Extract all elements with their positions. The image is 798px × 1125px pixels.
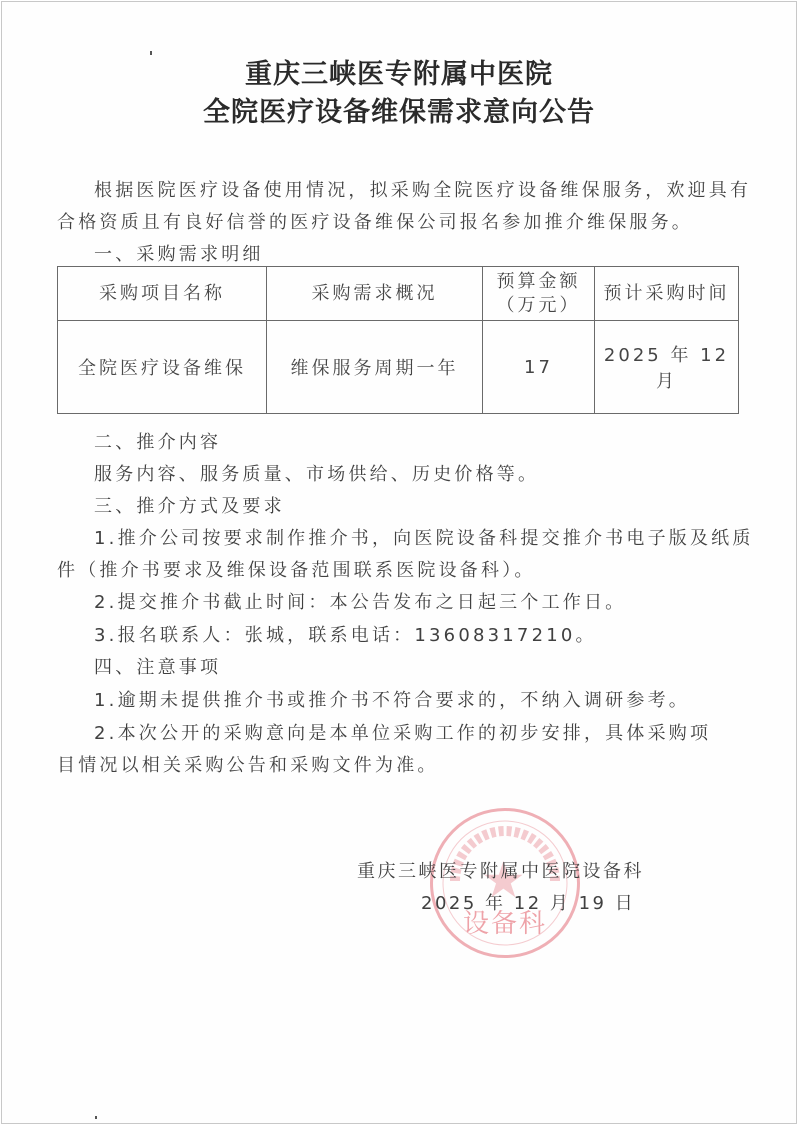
header-budget: 预算金额 （万元） [483,267,595,321]
section4-item-2: 2.本次公开的采购意向是本单位采购工作的初步安排，具体采购项 [94,719,711,745]
header-budget-label: 预算金额 [483,270,594,294]
section3-item-1: 1.推介公司按要求制作推介书，向医院设备科提交推介书电子版及纸质 [94,524,754,550]
procurement-table: 采购项目名称 采购需求概况 预算金额 （万元） 预计采购时间 全院医疗设备维保 … [57,266,739,414]
section4-item-2-cont: 目情况以相关采购公告和采购文件为准。 [57,751,439,777]
cell-budget: 17 [483,321,595,414]
section4-item-1: 1.逾期未提供推介书或推介书不符合要求的，不纳入调研参考。 [94,686,690,712]
official-seal: ★ 设备科 [430,808,580,958]
section2-body: 服务内容、服务质量、市场供给、历史价格等。 [94,460,539,486]
intro-line-1: 根据医院医疗设备使用情况，拟采购全院医疗设备维保服务，欢迎具有 [94,176,751,202]
table-header-row: 采购项目名称 采购需求概况 预算金额 （万元） 预计采购时间 [58,267,739,321]
title-hospital: 重庆三峡医专附属中医院 [0,52,798,91]
section2-heading: 二、推介内容 [94,428,221,454]
scan-speck [95,1116,97,1119]
title-notice: 全院医疗设备维保需求意向公告 [0,90,798,129]
signature-department: 重庆三峡医专附属中医院设备科 [357,857,644,883]
cell-project-name: 全院医疗设备维保 [58,321,267,414]
signature-date: 2025 年 12 月 19 日 [421,889,635,915]
section3-item-1-cont: 件（推介书要求及维保设备范围联系医院设备科）。 [57,556,536,582]
header-project-name: 采购项目名称 [58,267,267,321]
header-budget-unit: （万元） [483,294,594,318]
section3-item-2: 2.提交推介书截止时间：本公告发布之日起三个工作日。 [94,588,626,614]
header-planned-time: 预计采购时间 [595,267,739,321]
section3-heading: 三、推介方式及要求 [94,492,285,518]
header-overview: 采购需求概况 [267,267,483,321]
table-row: 全院医疗设备维保 维保服务周期一年 17 2025 年 12 月 [58,321,739,414]
section3-item-3: 3.报名联系人：张城，联系电话：13608317210。 [94,621,597,647]
section4-heading: 四、注意事项 [94,653,221,679]
cell-overview: 维保服务周期一年 [267,321,483,414]
cell-planned-time: 2025 年 12 月 [595,321,739,414]
section1-heading: 一、采购需求明细 [94,240,264,266]
intro-line-2: 合格资质且有良好信誉的医疗设备维保公司报名参加推介维保服务。 [57,208,693,234]
